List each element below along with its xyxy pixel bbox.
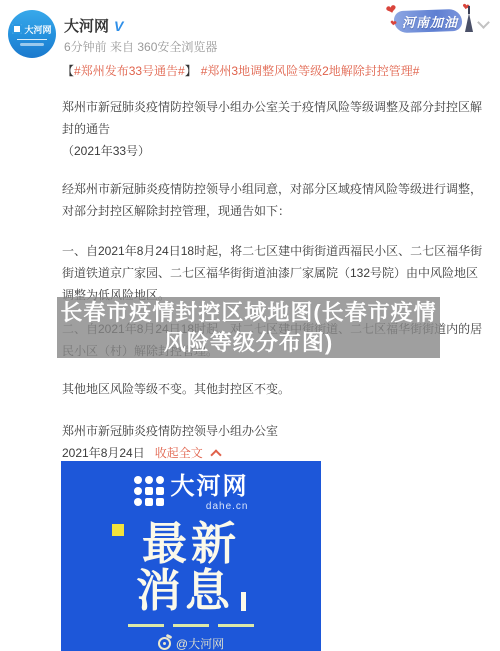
yellow-square-accent	[112, 524, 124, 536]
weibo-post-card: 大河网 大河网 V 6分钟前 来自 360安全浏览器 ❤ ❤ ❤ 河南加油 【#…	[0, 0, 500, 651]
bracket-close: 】	[185, 64, 197, 78]
dahe-brand-block: 大河网 dahe.cn	[171, 474, 249, 512]
weibo-eye-icon	[158, 637, 171, 650]
paragraph: （2021年33号）	[62, 140, 483, 162]
author-row: 大河网 V	[64, 15, 123, 36]
post-headline: 【#郑州发布33号通告#】#郑州3地调整风险等级2地解除封控管理#	[62, 60, 483, 82]
overlay-title-line1: 长春市疫情封控区域地图(长春市疫情	[60, 298, 436, 328]
author-name[interactable]: 大河网	[64, 15, 109, 36]
paragraph: 郑州市新冠肺炎疫情防控领导小组办公室关于疫情风险等级调整及部分封控区解封的通告	[62, 96, 483, 140]
weibo-watermark: @大河网	[158, 635, 224, 651]
overlay-title-line2: 风险等级分布图)	[164, 328, 333, 358]
heart-icon: ❤	[389, 18, 397, 28]
dahe-domain-text: dahe.cn	[206, 501, 249, 512]
news-title-line2: 消息	[136, 567, 234, 614]
dahe-dots-logo-icon	[134, 476, 164, 506]
post-meta: 6分钟前 来自 360安全浏览器	[64, 38, 217, 55]
underline-dashes	[128, 624, 254, 627]
avatar-brand-text: 大河网	[24, 23, 51, 36]
hashtag-link-1[interactable]: #郑州发布33号通告#	[74, 64, 185, 78]
overlay-title-banner: 长春市疫情封控区域地图(长春市疫情 风险等级分布图)	[57, 297, 440, 358]
dahe-logo-row: 大河网 dahe.cn	[134, 474, 249, 512]
badge-label: 河南加油	[402, 12, 458, 31]
dahe-brand-text: 大河网	[171, 474, 249, 500]
post-content: 【#郑州发布33号通告#】#郑州3地调整风险等级2地解除封控管理# 郑州市新冠肺…	[62, 60, 483, 464]
avatar-subtext-bar	[20, 43, 44, 46]
signature-line: 郑州市新冠肺炎疫情防控领导小组办公室	[62, 420, 483, 442]
chevron-up-icon[interactable]	[212, 449, 220, 457]
verified-badge-icon: V	[114, 18, 123, 34]
cursor-bar-accent	[241, 592, 246, 611]
avatar-divider	[17, 39, 47, 40]
tower-icon	[465, 6, 474, 32]
hashtag-link-2[interactable]: #郑州3地调整风险等级2地解除封控管理#	[201, 64, 420, 78]
paragraph: 经郑州市新冠肺炎疫情防控领导小组同意，对部分区域疫情风险等级进行调整，对部分封控…	[62, 178, 483, 222]
news-title-block: 最新 消息	[136, 520, 246, 614]
weibo-watermark-text: @大河网	[176, 635, 224, 651]
bracket-open: 【	[62, 64, 74, 78]
avatar[interactable]: 大河网	[8, 10, 56, 58]
avatar-logo-icon	[12, 24, 22, 34]
avatar-logo: 大河网	[8, 10, 56, 58]
post-menu-chevron-down-icon[interactable]	[479, 18, 488, 27]
news-title-line1: 最新	[142, 520, 240, 567]
henan-jiayou-badge: ❤ ❤ ❤ 河南加油	[388, 6, 472, 34]
paragraph: 其他地区风险等级不变。其他封控区不变。	[62, 378, 483, 400]
post-image-latest-news[interactable]: 大河网 dahe.cn 最新 消息 @大河网	[61, 461, 321, 651]
heart-icon: ❤	[384, 1, 398, 19]
